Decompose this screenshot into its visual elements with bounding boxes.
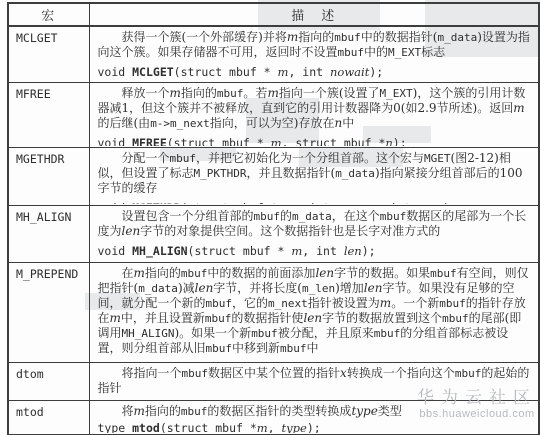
macro-description: 释放一个m指向的mbuf。若m指向一个簇(设置了M_EXT)，这个簇的引用计数器… [98,86,533,131]
table-row: M_PREPEND 在m指向的mbuf中的数据的前面添加len字节的数据。如果m… [8,263,539,363]
macro-description: 获得一个簇(一个外部缓存)并将m指向的mbuf中的数据指针(m_data)设置为… [98,30,533,60]
table-row: MH_ALIGN 设置包含一个分组首部的mbuf的m_data，在这个mbuf数… [8,206,539,263]
macro-name: M_PREPEND [9,263,89,362]
table-row: dtom 将指向一个mbuf数据区中某个位置的指针x转换成一个指向这个mbuf的… [8,363,539,401]
mbuf-macro-table: 宏 描 述 MCLGET 获得一个簇(一个外部缓存)并将m指向的mbuf中的数据… [7,2,540,435]
macro-name: MCLGET [9,27,89,82]
macro-name: dtom [9,363,89,400]
document-page: 宏 描 述 MCLGET 获得一个簇(一个外部缓存)并将m指向的mbuf中的数据… [0,0,540,435]
table-row: MCLGET 获得一个簇(一个外部缓存)并将m指向的mbuf中的数据指针(m_d… [8,26,539,83]
table-header-row: 宏 描 述 [8,3,539,26]
macro-prototype: type mtod(struct mbuf *m, type); [98,421,533,433]
table-row: MGETHDR 分配一个mbuf，并把它初始化为一个分组首部。这个宏与MGET(… [8,148,539,206]
macro-description: 设置包含一个分组首部的mbuf的m_data，在这个mbuf数据区的尾部为一个长… [98,209,533,239]
column-header-macro: 宏 [8,3,89,26]
macro-description: 将m指向的mbuf的数据区指针的类型转换成type类型 [98,404,533,419]
macro-name: MFREE [9,83,89,147]
macro-name: MH_ALIGN [9,206,89,262]
macro-description: 分配一个mbuf，并把它初始化为一个分组首部。这个宏与MGET(图2-12)相似… [98,151,533,196]
column-header-description: 描 述 [89,3,539,26]
macro-name: MGETHDR [9,148,89,205]
table-row: MFREE 释放一个m指向的mbuf。若m指向一个簇(设置了M_EXT)，这个簇… [8,83,539,148]
macro-prototype: void MH_ALIGN(struct mbuf * m, int len); [98,244,533,259]
table-row: mtod 将m指向的mbuf的数据区指针的类型转换成type类型 type mt… [8,401,539,435]
macro-prototype: void MFREE(struct mbuf * m, struct mbuf … [98,136,533,146]
macro-prototype: void MCLGET(struct mbuf * m, int nowait)… [98,65,533,80]
macro-name: mtod [9,401,89,434]
macro-description: 将指向一个mbuf数据区中某个位置的指针x转换成一个指向这个mbuf的起始的指针 [98,366,533,396]
macro-prototype: void MGETHDR(struct mbuf * m, int nowait… [98,201,533,204]
macro-description: 在m指向的mbuf中的数据的前面添加len字节的数据。如果mbuf有空间，则仅把… [98,266,533,356]
